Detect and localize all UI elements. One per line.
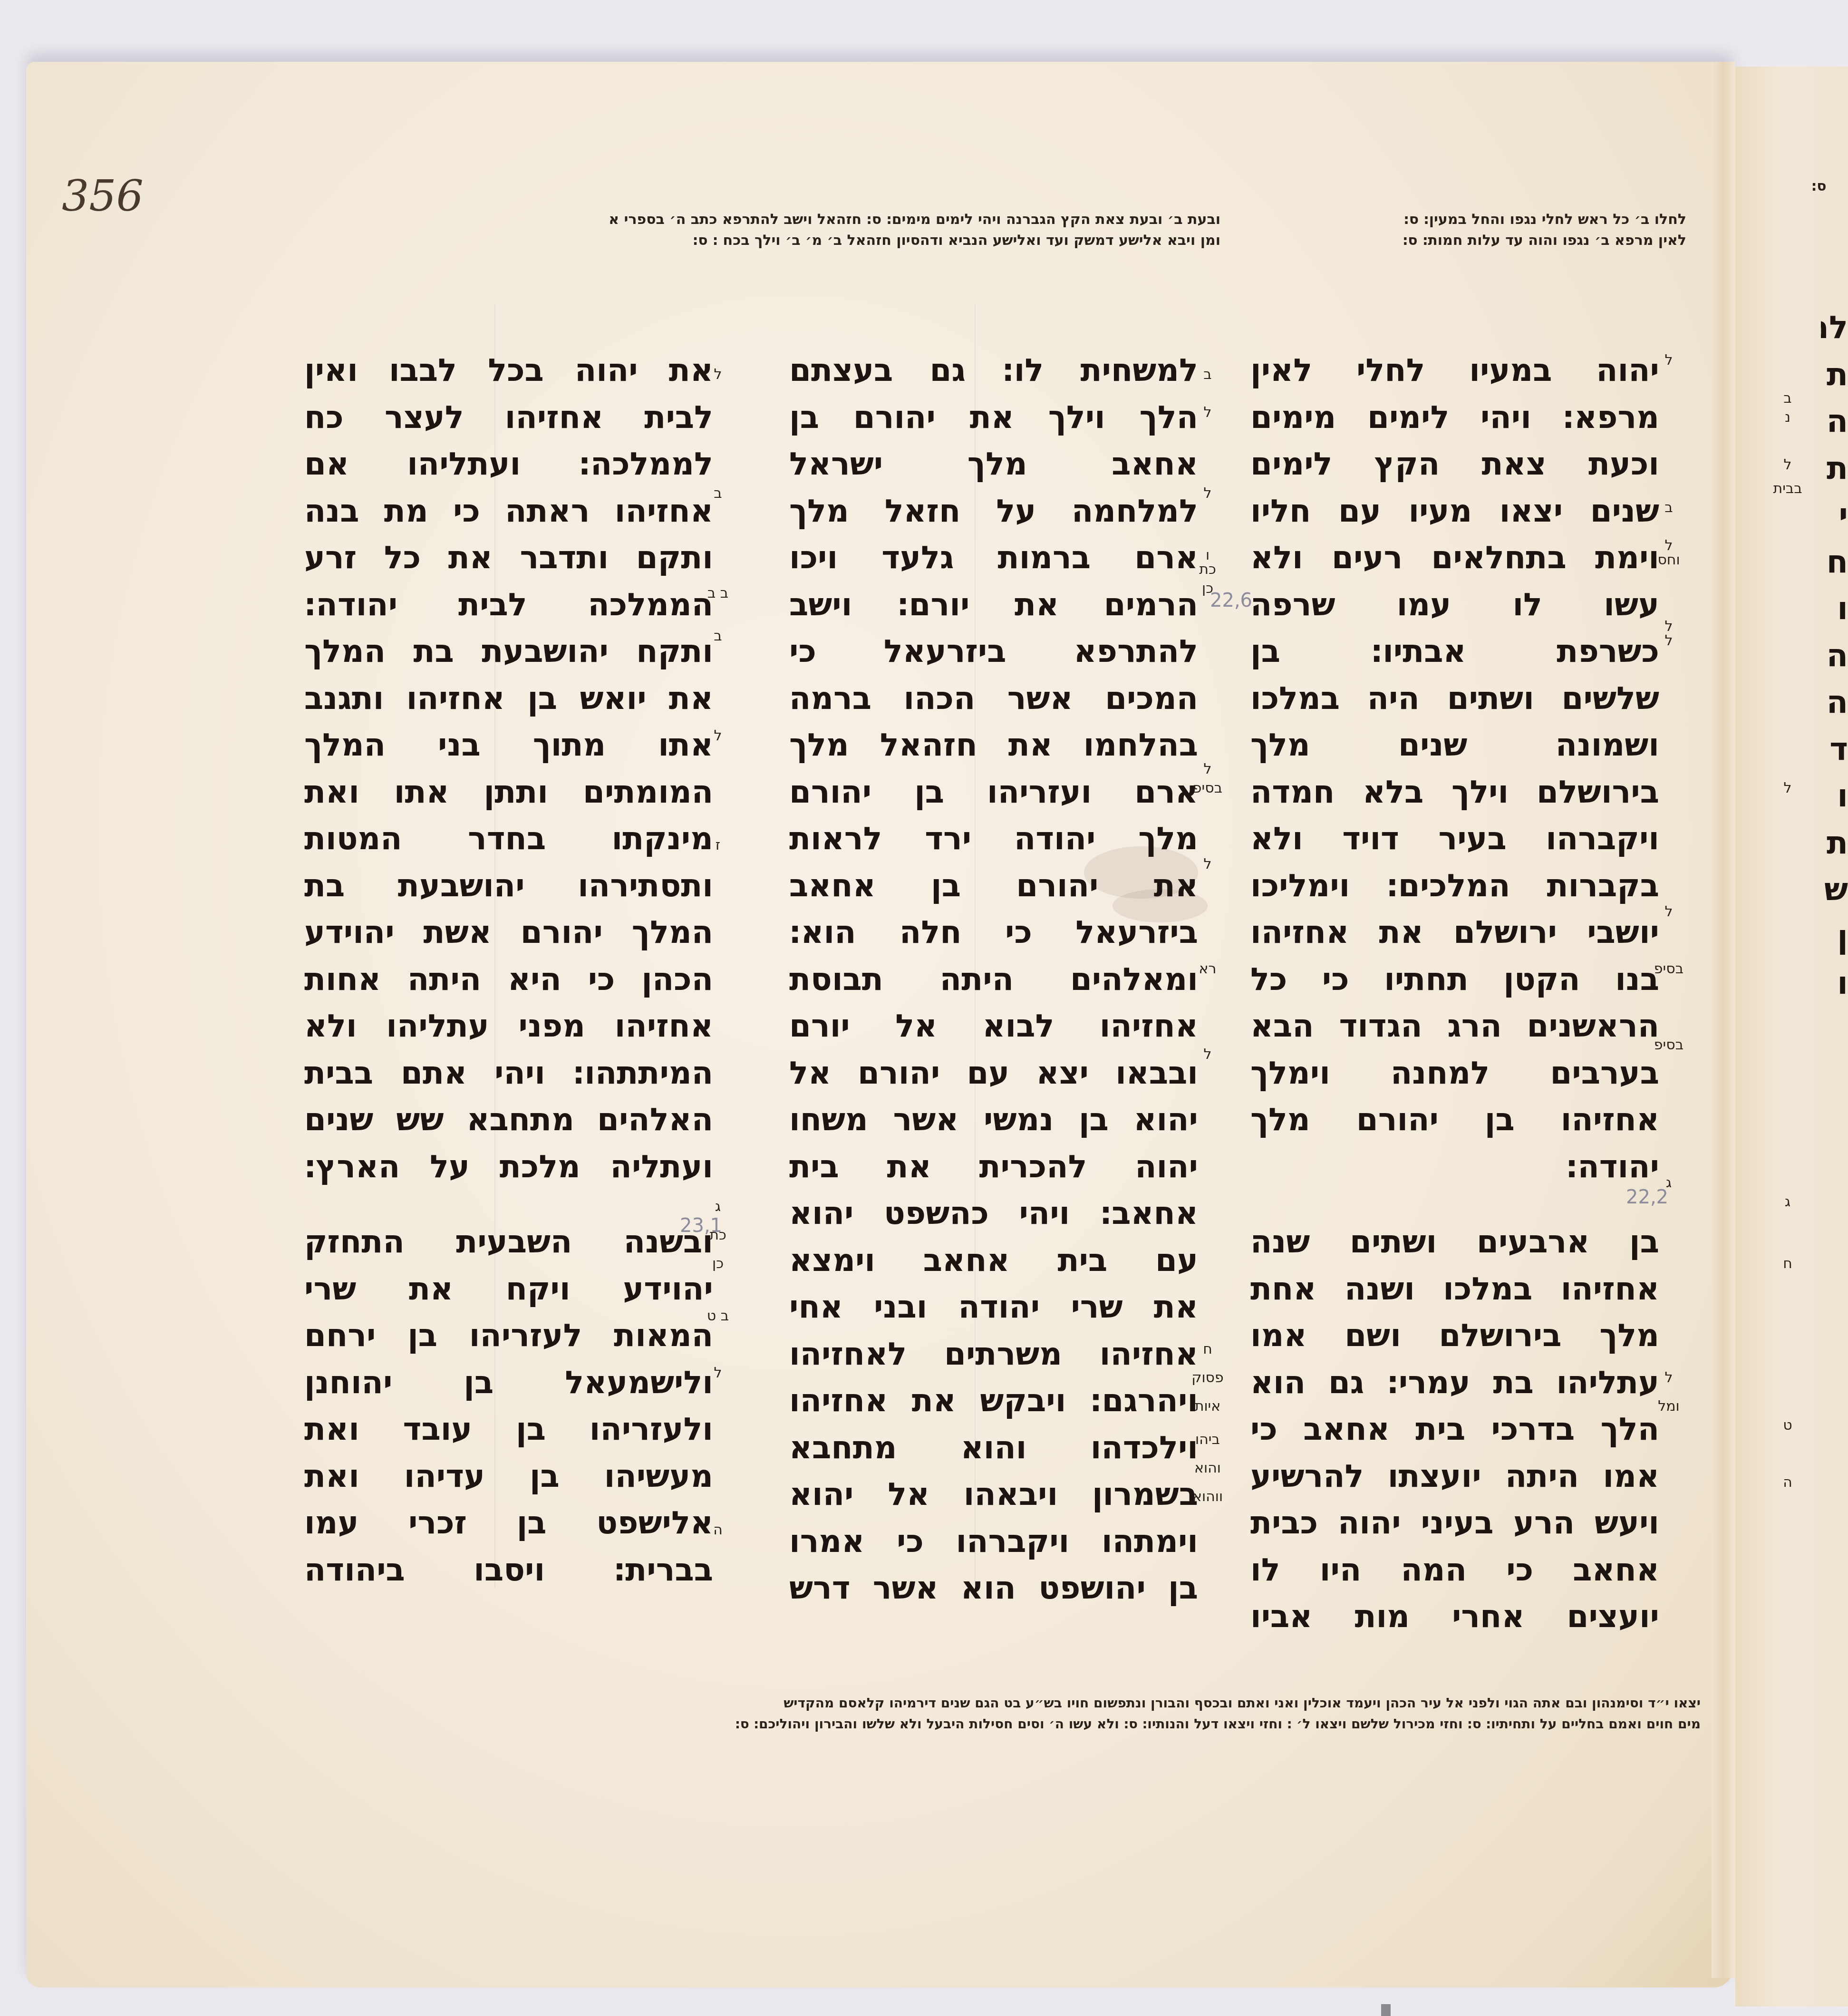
masorah-note: נ bbox=[1759, 409, 1816, 426]
masorah-note: והוא bbox=[1179, 1460, 1236, 1476]
text-line: ן bbox=[1821, 913, 1848, 960]
text-line: המכים אשר הכהו ברמה bbox=[789, 675, 1198, 722]
text-line: אחזיהו לבוא אל יורם bbox=[789, 1003, 1198, 1050]
text-line: כשרפת אבתיו׃ בן bbox=[1250, 628, 1659, 675]
text-line: יהוה להכרית את בית bbox=[789, 1144, 1198, 1191]
masorah-note: ז bbox=[689, 837, 746, 853]
masorah-line: יצאו י״ד וסימנהון ובם אתה הגוי ולפני אל … bbox=[735, 1693, 1701, 1714]
masorah-line: ובעת ב׳ ובעת צאת הקץ הגברנה ויהי לימים מ… bbox=[609, 209, 1220, 230]
pencil-verse-ref: 22,2 bbox=[1626, 1186, 1668, 1208]
text-line: המיתתהו׃ ויהי אתם בבית bbox=[304, 1050, 713, 1097]
text-line: את יהוה בכל לבבו ואין bbox=[304, 347, 713, 394]
text-line: ה bbox=[1821, 398, 1848, 445]
text-line: ש bbox=[1821, 866, 1848, 913]
text-line: ותקם ותדבר את כל זרע bbox=[304, 534, 713, 582]
text-line: את יואש בן אחזיהו ותגנב bbox=[304, 675, 713, 722]
masorah-note: ל bbox=[1179, 404, 1236, 421]
text-line: י bbox=[1821, 492, 1848, 539]
text-line: מרפא׃ ויהי לימים מימים bbox=[1250, 394, 1659, 441]
masorah-note: ל bbox=[1640, 632, 1697, 649]
text-line: ומאלהים היתה תבוסת bbox=[789, 956, 1198, 1003]
folio-number: 356 bbox=[62, 171, 144, 221]
masorah-note: ה bbox=[1759, 1474, 1816, 1491]
text-line: אמו היתה יועצתו להרשיע bbox=[1250, 1453, 1659, 1500]
masorah-note: ג bbox=[689, 1198, 746, 1215]
text-line: בערבים למחנה וימלך bbox=[1250, 1050, 1659, 1097]
pencil-verse-ref: 22,6 bbox=[1210, 590, 1252, 611]
text-line: בשמרון ויבאהו אל יהוא bbox=[789, 1471, 1198, 1518]
text-line: הממלכה לבית יהודה׃ bbox=[304, 582, 713, 629]
text-line: עם בית אחאב וימצא bbox=[789, 1237, 1198, 1284]
masorah-note: ב bbox=[1640, 499, 1697, 516]
text-line: שנים יצאו מעיו עם חליו bbox=[1250, 488, 1659, 535]
masorah-note: ה bbox=[689, 1522, 746, 1538]
text-line: למלחמה על חזאל מלך bbox=[789, 488, 1198, 535]
text-line: בהלחמו את חזהאל מלך bbox=[789, 722, 1198, 769]
text-line: ביזרעאל כי חלה הוא׃ bbox=[789, 909, 1198, 956]
text-line: המאות לעזריהו בן ירחם bbox=[304, 1312, 713, 1359]
text-line: בברית׃ ויסבו ביהודה bbox=[304, 1547, 713, 1594]
text-line: וימתהו ויקברהו כי אמרו bbox=[789, 1518, 1198, 1565]
text-line: יהוא בן נמשי אשר משחו bbox=[789, 1096, 1198, 1144]
masorah-note: ח bbox=[1759, 1255, 1816, 1272]
text-line: ותקח יהושבעת בת המלך bbox=[304, 628, 713, 675]
masorah-note: פסוק bbox=[1179, 1369, 1236, 1386]
leaf-fore-edge bbox=[1712, 62, 1735, 1978]
text-line: וילכדהו והוא מתחבא bbox=[789, 1425, 1198, 1472]
masorah-note: כת bbox=[1179, 561, 1236, 578]
text-line: ו bbox=[1821, 773, 1848, 820]
masorah-note: כן bbox=[689, 1255, 746, 1272]
masorah-note: ל bbox=[1759, 456, 1816, 473]
text-line: למשחית לו׃ גם בעצתם bbox=[789, 347, 1198, 394]
masorah-note: בסיפ bbox=[1640, 1037, 1697, 1053]
text-line: בנו הקטן תחתיו כי כל bbox=[1250, 956, 1659, 1003]
text-line: ויעש הרע בעיני יהוה כבית bbox=[1250, 1500, 1659, 1547]
text-line: יועצים אחרי מות אביו bbox=[1250, 1593, 1659, 1640]
masorah-line: לחלו ב׳ כל ראש לחלי נגפו והחל במעין׃ ס׃ bbox=[1403, 209, 1686, 230]
masorah-note: ג bbox=[1759, 1193, 1816, 1210]
masorah-note: ל bbox=[689, 1365, 746, 1381]
text-line: יהוה במעיו לחלי לאין bbox=[1250, 347, 1659, 394]
text-line: בקברות המלכים׃ וימליכו bbox=[1250, 863, 1659, 910]
masorah-note: ל bbox=[1179, 485, 1236, 502]
masorah-note: ומל bbox=[1640, 1398, 1697, 1415]
masorah-note: ט bbox=[1759, 1417, 1816, 1434]
text-line: אתו מתוך בני המלך bbox=[304, 722, 713, 769]
section-break bbox=[1250, 1190, 1659, 1219]
text-line: אלישפט בן זכרי עמו bbox=[304, 1500, 713, 1547]
text-line: וימת בתחלאים רעים ולא bbox=[1250, 534, 1659, 582]
masorah-note: ב bbox=[689, 485, 746, 502]
text-line: בן יהושפט הוא אשר דרש bbox=[789, 1565, 1198, 1612]
next-page-masorah: ס׃ bbox=[1811, 176, 1827, 197]
text-line: את יהורם בן אחאב bbox=[789, 863, 1198, 910]
text-line: ה bbox=[1821, 679, 1848, 726]
text-line: יהוידע ויקח את שרי bbox=[304, 1266, 713, 1313]
text-line: ולעזריהו בן עובד ואת bbox=[304, 1406, 713, 1453]
text-line: ולישמעאל בן יהוחנן bbox=[304, 1359, 713, 1406]
text-line: ותסתירהו יהושבעת בת bbox=[304, 863, 713, 910]
text-line: ועתליה מלכת על הארץ׃ bbox=[304, 1144, 713, 1191]
text-line: אחאב מלך ישראל bbox=[789, 441, 1198, 488]
text-line: הרמים את יורם׃ וישב bbox=[789, 582, 1198, 629]
text-line: ת bbox=[1821, 445, 1848, 492]
text-line: אחזיהו משרתים לאחזיהו bbox=[789, 1331, 1198, 1378]
text-line: אחזיהו ראתה כי מת בנה bbox=[304, 488, 713, 535]
text-line: ו bbox=[1821, 960, 1848, 1007]
masorah-note: ב bbox=[689, 628, 746, 644]
masorah-note: ל bbox=[689, 727, 746, 744]
text-line: יהודה׃ bbox=[1250, 1144, 1659, 1191]
masorah-note: ווהוא bbox=[1179, 1488, 1236, 1505]
text-line: ו bbox=[1821, 585, 1848, 632]
text-line: להתרפא ביזרעאל כי bbox=[789, 628, 1198, 675]
masorah-note: ח bbox=[1179, 1341, 1236, 1357]
text-line: ת bbox=[1821, 820, 1848, 867]
masorah-line: לאין מרפא ב׳ נגפו והוה עד עלות חמות׃ ס׃ bbox=[1403, 230, 1686, 251]
text-line: ושמונה שנים מלך bbox=[1250, 722, 1659, 769]
text-line: וכעת צאת הקץ לימים bbox=[1250, 441, 1659, 488]
text-column-left: את יהוה בכל לבבו ואיןלבית אחזיהו לעצר כח… bbox=[304, 347, 713, 1593]
text-line: עשו לו עמו שרפה bbox=[1250, 582, 1659, 629]
masorah-top-left: ובעת ב׳ ובעת צאת הקץ הגברנה ויהי לימים מ… bbox=[609, 209, 1220, 251]
text-column-right: יהוה במעיו לחלי לאיןמרפא׃ ויהי לימים מימ… bbox=[1250, 347, 1659, 1640]
text-line: לם bbox=[1821, 304, 1848, 351]
masorah-bottom: יצאו י״ד וסימנהון ובם אתה הגוי ולפני אל … bbox=[735, 1693, 1701, 1735]
masorah-note: ל bbox=[1640, 903, 1697, 920]
masorah-note: ל bbox=[689, 366, 746, 383]
text-line: בן ארבעים ושתים שנה bbox=[1250, 1219, 1659, 1266]
text-line: ובשנה השבעית התחזק bbox=[304, 1219, 713, 1266]
text-line: ד bbox=[1821, 726, 1848, 773]
masorah-note: איות bbox=[1179, 1398, 1236, 1415]
text-line: המומתים ותתן אתו ואת bbox=[304, 769, 713, 816]
text-line: מינקתו בחדר המטות bbox=[304, 815, 713, 863]
masorah-note: ל bbox=[1640, 1369, 1697, 1386]
masorah-note: ל bbox=[1179, 761, 1236, 777]
text-line: ה bbox=[1821, 632, 1848, 679]
text-line: אחזיהו בן יהורם מלך bbox=[1250, 1096, 1659, 1144]
text-line: ארם ברמות גלעד ויכו bbox=[789, 534, 1198, 582]
text-line: ויהרגם׃ ויבקש את אחזיהו bbox=[789, 1377, 1198, 1425]
text-line: הלך בדרכי בית אחאב כי bbox=[1250, 1406, 1659, 1453]
text-line: ובבאו יצא עם יהורם אל bbox=[789, 1050, 1198, 1097]
text-line: ח bbox=[1821, 539, 1848, 586]
text-line: ת bbox=[1821, 351, 1848, 398]
text-line: מעשיהו בן עדיהו ואת bbox=[304, 1453, 713, 1500]
masorah-top-right: לחלו ב׳ כל ראש לחלי נגפו והחל במעין׃ ס׃ … bbox=[1403, 209, 1686, 251]
text-line: את שרי יהודה ובני אחי bbox=[789, 1284, 1198, 1331]
text-line: הראשנים הרג הגדוד הבא bbox=[1250, 1003, 1659, 1050]
masorah-note: וחס bbox=[1640, 552, 1697, 568]
masorah-note: ב ט bbox=[689, 1308, 746, 1324]
masorah-note: ב bbox=[1179, 366, 1236, 383]
text-line: לממלכה׃ ועתליהו אם bbox=[304, 441, 713, 488]
text-line: שלשים ושתים היה במלכו bbox=[1250, 675, 1659, 722]
text-line: ויקברהו בעיר דויד ולא bbox=[1250, 815, 1659, 863]
text-line: עתליהו בת עמרי׃ גם הוא bbox=[1250, 1359, 1659, 1406]
masorah-note: בסיפ bbox=[1640, 960, 1697, 977]
text-line: האלהים מתחבא שש שנים bbox=[304, 1096, 713, 1144]
text-line: המלך יהורם אשת יהוידע bbox=[304, 909, 713, 956]
text-line: אחזיהו מפני עתליהו ולא bbox=[304, 1003, 713, 1050]
next-page-text: לםתהתיחוההדותשןו bbox=[1821, 304, 1848, 1007]
photo-card-edge bbox=[1381, 2004, 1391, 2016]
text-line: לבית אחזיהו לעצר כח bbox=[304, 394, 713, 441]
section-break bbox=[304, 1190, 713, 1219]
text-line: בירושלם וילך בלא חמדה bbox=[1250, 769, 1659, 816]
text-line: מלך יהודה ירד לראות bbox=[789, 815, 1198, 863]
masorah-note: רא bbox=[1179, 960, 1236, 977]
masorah-note: ל bbox=[1640, 352, 1697, 368]
text-line: מלך בירושלם ושם אמו bbox=[1250, 1312, 1659, 1359]
masorah-note: ב ב bbox=[689, 585, 746, 601]
masorah-note: ל bbox=[1759, 780, 1816, 796]
masorah-note: ל bbox=[1179, 856, 1236, 872]
masorah-note: בסיפ bbox=[1179, 780, 1236, 796]
text-line: אחאב כי המה היו לו bbox=[1250, 1547, 1659, 1594]
masorah-line: ומן ויבא אלישע דמשק ועד ואלישע הנביא ודה… bbox=[609, 230, 1220, 251]
text-line: הכהן כי היא היתה אחות bbox=[304, 956, 713, 1003]
text-line: יושבי ירושלם את אחזיהו bbox=[1250, 909, 1659, 956]
text-line: אחזיהו במלכו ושנה אחת bbox=[1250, 1266, 1659, 1313]
text-line: אחאב׃ ויהי כהשפט יהוא bbox=[789, 1190, 1198, 1237]
masorah-note: ביהו bbox=[1179, 1431, 1236, 1448]
masorah-note: בבית bbox=[1759, 480, 1816, 497]
text-line: הלך וילך את יהורם בן bbox=[789, 394, 1198, 441]
masorah-line: מים חוים ואמם בחליים על ותחיתיו׃ ס׃ וחזי… bbox=[735, 1714, 1701, 1735]
text-column-middle: למשחית לו׃ גם בעצתםהלך וילך את יהורם בןא… bbox=[789, 347, 1198, 1612]
text-line: ארם ועזריהו בן יהורם bbox=[789, 769, 1198, 816]
pencil-verse-ref: 23,1 bbox=[680, 1215, 722, 1237]
masorah-note: ב bbox=[1759, 390, 1816, 407]
masorah-note: ל bbox=[1179, 1046, 1236, 1063]
